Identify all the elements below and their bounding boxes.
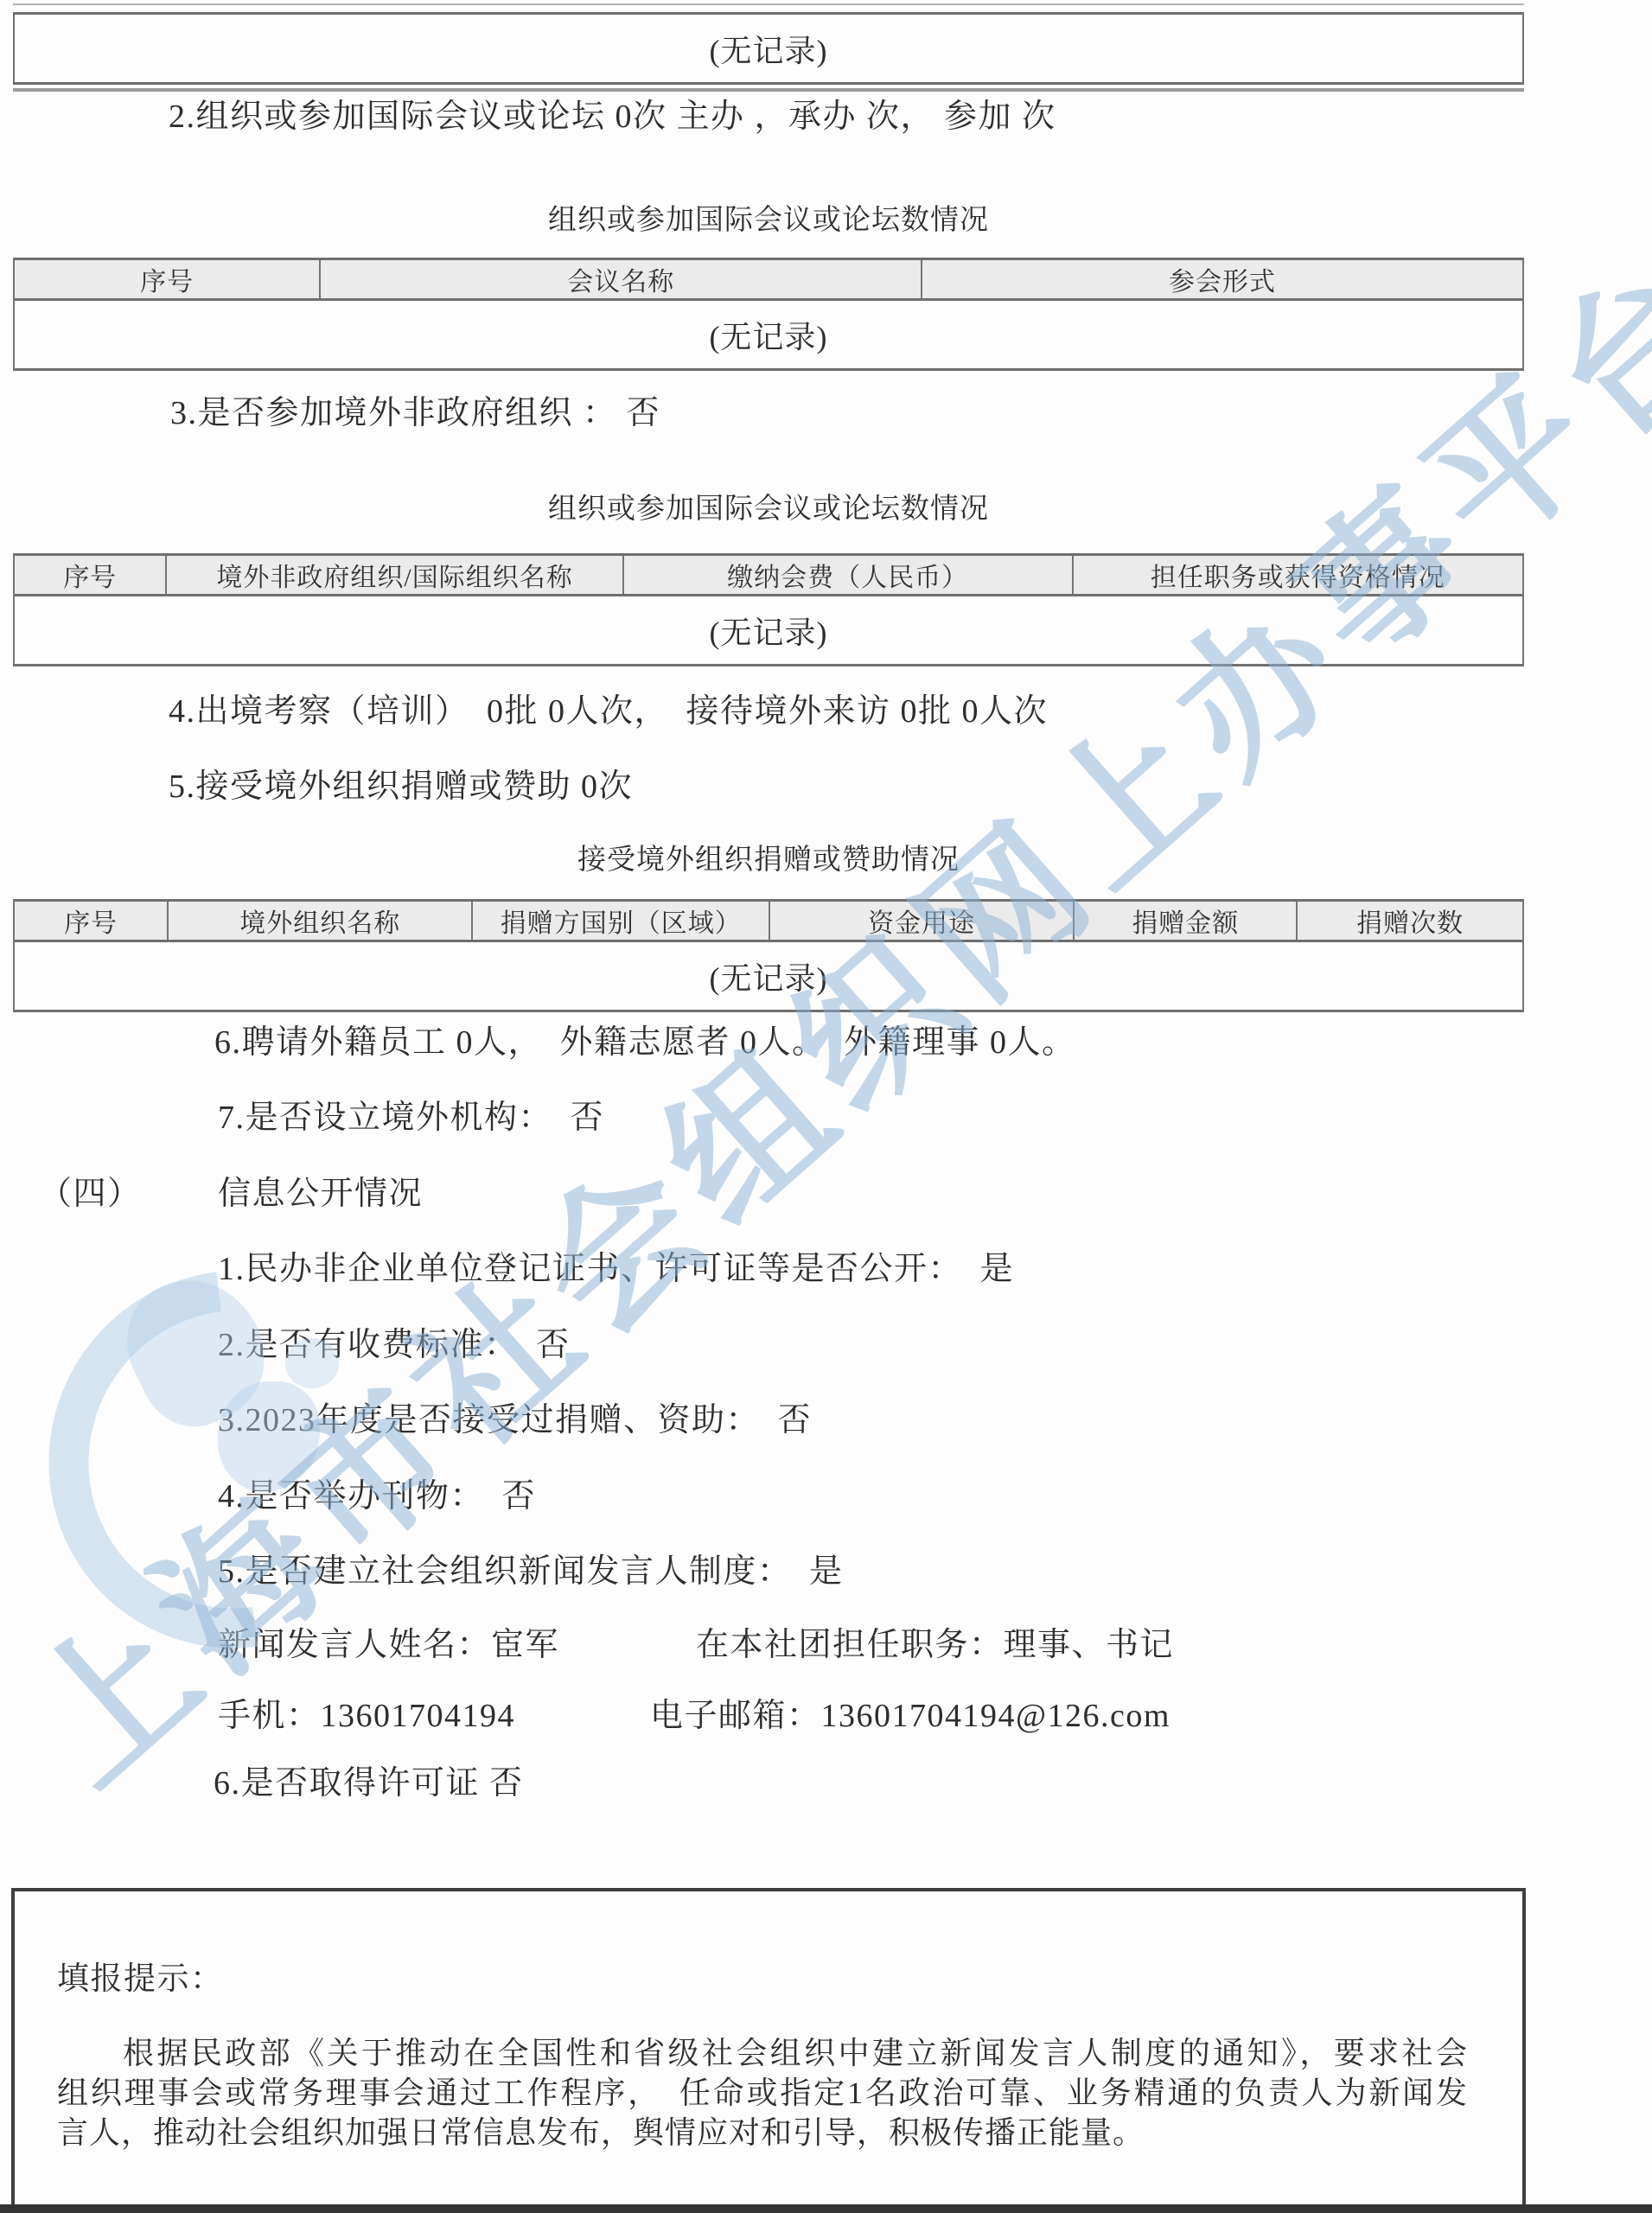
col-header-index: 序号 (15, 556, 165, 594)
item-foreign-donation-count: 5.接受境外组织捐赠或赞助 0次 (169, 767, 633, 807)
page-top-hairline (13, 3, 1524, 5)
col-header-donation-times: 捐赠次数 (1296, 902, 1522, 940)
item-license-obtained: 6.是否取得许可证 否 (214, 1763, 524, 1803)
item-outbound-visits: 4.出境考察（培训） 0批 0人次， 接待境外来访 0批 0人次 (169, 692, 1048, 731)
notice-line-1: 根据民政部《关于推动在全国性和省级社会组织中建立新闻发言人制度的通知》，要求社会 (57, 2033, 1468, 2073)
item-overseas-branch: 7.是否设立境外机构： 否 (218, 1098, 604, 1138)
col-header-index: 序号 (15, 902, 167, 940)
donation-table-empty-row: (无记录) (15, 942, 1522, 1010)
spokesperson-name: 新闻发言人姓名：宦军 (218, 1625, 559, 1665)
conference-table: 序号 会议名称 参会形式 (无记录) (13, 258, 1524, 371)
col-header-index: 序号 (15, 260, 319, 298)
conference-table-header-row: 序号 会议名称 参会形式 (15, 260, 1522, 301)
item-intl-conference-count: 2.组织或参加国际会议或论坛 0次 主办 ，承办 次， 参加 次 (169, 97, 1056, 137)
section4-number: （四） (39, 1174, 142, 1214)
col-header-foreign-org-name: 境外组织名称 (167, 902, 471, 940)
donation-table: 序号 境外组织名称 捐赠方国别（区域） 资金用途 捐赠金额 捐赠次数 (无记录) (13, 899, 1524, 1012)
item-publication: 4.是否举办刊物： 否 (218, 1476, 536, 1516)
conference-table-empty-row: (无记录) (15, 301, 1522, 368)
item-foreign-ngo-membership: 3.是否参加境外非政府组织 ： 否 (170, 393, 660, 433)
item-spokesperson-system: 5.是否建立社会组织新闻发言人制度： 是 (218, 1552, 844, 1591)
notice-paragraph: 根据民政部《关于推动在全国性和省级社会组织中建立新闻发言人制度的通知》，要求社会… (57, 2033, 1468, 2152)
ngo-table-empty-row: (无记录) (15, 596, 1522, 664)
item-fee-standard: 2.是否有收费标准： 否 (218, 1325, 571, 1365)
continuation-table-empty-cell: (无记录) (13, 12, 1524, 85)
ngo-table-header-row: 序号 境外非政府组织/国际组织名称 缴纳会费（人民币） 担任职务或获得资格情况 (15, 556, 1522, 596)
ngo-table-title: 组织或参加国际会议或论坛数情况 (13, 486, 1524, 526)
continuation-table-bottom-band (13, 88, 1524, 92)
col-header-meeting-name: 会议名称 (319, 260, 921, 298)
empty-record-text: (无记录) (710, 27, 828, 71)
col-header-donation-amount: 捐赠金额 (1073, 902, 1296, 940)
scanned-annual-report-page: (无记录) 2.组织或参加国际会议或论坛 0次 主办 ，承办 次， 参加 次 组… (0, 0, 1652, 2213)
notice-title: 填报提示： (57, 1952, 224, 1999)
col-header-ngo-name: 境外非政府组织/国际组织名称 (165, 556, 622, 594)
notice-line-3: 言人，推动社会组织加强日常信息发布，舆情应对和引导，积极传播正能量。 (57, 2113, 1468, 2152)
spokesperson-email: 电子邮箱：13601704194@126.com (650, 1696, 1170, 1736)
spokesperson-role: 在本社团担任职务：理事、书记 (696, 1625, 1174, 1665)
col-header-position-qualification: 担任职务或获得资格情况 (1072, 556, 1522, 594)
page-bottom-edge-bar (0, 2204, 1652, 2213)
item-foreign-staff: 6.聘请外籍员工 0人， 外籍志愿者 0人。 外籍理事 0人。 (214, 1023, 1076, 1062)
conference-table-title: 组织或参加国际会议或论坛数情况 (13, 197, 1524, 238)
item-donation-received-2023: 3.2023年度是否接受过捐赠、资助： 否 (218, 1400, 812, 1440)
section4-heading: 信息公开情况 (218, 1174, 423, 1214)
donation-table-title: 接受境外组织捐赠或赞助情况 (13, 837, 1524, 877)
donation-table-header-row: 序号 境外组织名称 捐赠方国别（区域） 资金用途 捐赠金额 捐赠次数 (15, 902, 1522, 942)
col-header-membership-fee: 缴纳会费（人民币） (622, 556, 1072, 594)
ngo-table: 序号 境外非政府组织/国际组织名称 缴纳会费（人民币） 担任职务或获得资格情况 … (13, 553, 1524, 666)
col-header-fund-usage: 资金用途 (769, 902, 1073, 940)
item-certificate-public: 1.民办非企业单位登记证书、许可证等是否公开： 是 (218, 1249, 1014, 1289)
notice-line-2: 组织理事会或常务理事会通过工作程序， 任命或指定1名政治可靠、业务精通的负责人为… (57, 2073, 1468, 2113)
col-header-participation-form: 参会形式 (921, 260, 1522, 298)
col-header-donor-country: 捐赠方国别（区域） (471, 902, 769, 940)
spokesperson-phone: 手机：13601704194 (218, 1696, 515, 1736)
